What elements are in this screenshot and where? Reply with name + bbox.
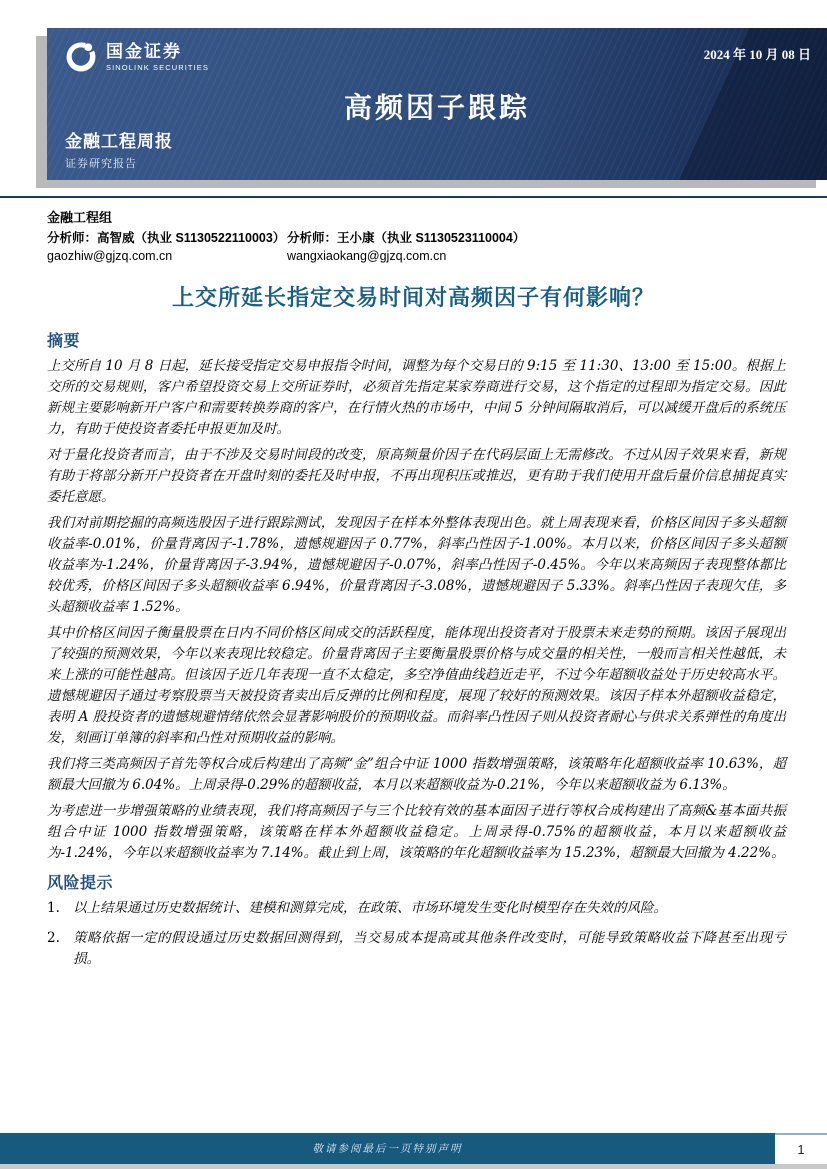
analyst-1: 分析师：高智威（执业 S1130522110003） gaozhiw@gjzq.… xyxy=(47,229,287,265)
abstract-paragraph: 我们将三类高频因子首先等权合成后构建出了高频“金”组合中证 1000 指数增强策… xyxy=(47,754,786,796)
logo-name-cn: 国金证券 xyxy=(106,43,209,60)
sinolink-logo: 国金证券 SINOLINK SECURITIES xyxy=(64,40,209,74)
risk-item-text: 策略依据一定的假设通过历史数据回测得到，当交易成本提高或其他条件改变时，可能导致… xyxy=(73,928,786,970)
sinolink-logo-icon xyxy=(64,40,98,74)
risk-item-number: 2. xyxy=(47,928,73,970)
report-series: 金融工程周报 xyxy=(65,127,173,152)
analyst-2: 分析师：王小康（执业 S1130523110004） wangxiaokang@… xyxy=(287,229,525,265)
risk-item-number: 1. xyxy=(47,898,73,919)
risk-item-text: 以上结果通过历史数据统计、建模和测算完成，在政策、市场环境发生变化时模型存在失效… xyxy=(73,898,667,919)
risk-item: 1. 以上结果通过历史数据统计、建模和测算完成，在政策、市场环境发生变化时模型存… xyxy=(47,898,786,919)
analyst-1-role: 分析师：高智威（执业 S1130522110003） xyxy=(47,229,287,247)
article-title: 上交所延长指定交易时间对高频因子有何影响？ xyxy=(0,281,827,312)
abstract-paragraph: 上交所自 10 月 8 日起，延长接受指定交易申报指令时间，调整为每个交易日的 … xyxy=(47,356,786,440)
abstract-heading: 摘要 xyxy=(47,328,786,351)
report-title: 高频因子跟踪 xyxy=(47,86,827,126)
logo-name-en: SINOLINK SECURITIES xyxy=(106,64,209,72)
risk-item: 2. 策略依据一定的假设通过历史数据回测得到，当交易成本提高或其他条件改变时，可… xyxy=(47,928,786,970)
page-number: 1 xyxy=(797,1142,804,1157)
analyst-group-label: 金融工程组 xyxy=(47,207,786,226)
article-body: 摘要 上交所自 10 月 8 日起，延长接受指定交易申报指令时间，调整为每个交易… xyxy=(47,328,786,979)
abstract-paragraph: 对于量化投资者而言，由于不涉及交易时间段的改变，原高频量价因子在代码层面上无需修… xyxy=(47,445,786,508)
report-type: 证券研究报告 xyxy=(65,155,137,171)
abstract-paragraph: 其中价格区间因子衡量股票在日内不同价格区间成交的活跃程度，能体现出投资者对于股票… xyxy=(47,623,786,749)
analyst-block: 金融工程组 分析师：高智威（执业 S1130522110003） gaozhiw… xyxy=(47,207,786,265)
header-divider xyxy=(0,196,827,198)
analyst-2-role: 分析师：王小康（执业 S1130523110004） xyxy=(287,229,525,247)
footer-disclaimer-text: 敬请参阅最后一页特别声明 xyxy=(313,1141,463,1156)
report-date: 2024 年 10 月 08 日 xyxy=(704,44,811,63)
analyst-1-email: gaozhiw@gjzq.com.cn xyxy=(47,247,287,265)
report-banner: 国金证券 SINOLINK SECURITIES 2024 年 10 月 08 … xyxy=(47,28,827,180)
footer-disclaimer-bar: 敬请参阅最后一页特别声明 xyxy=(0,1133,775,1164)
abstract-paragraph: 我们对前期挖掘的高频选股因子进行跟踪测试，发现因子在样本外整体表现出色。就上周表… xyxy=(47,513,786,618)
analyst-2-email: wangxiaokang@gjzq.com.cn xyxy=(287,247,525,265)
abstract-paragraph: 为考虑进一步增强策略的业绩表现，我们将高频因子与三个比较有效的基本面因子进行等权… xyxy=(47,801,786,864)
risk-list: 1. 以上结果通过历史数据统计、建模和测算完成，在政策、市场环境发生变化时模型存… xyxy=(47,898,786,970)
page-number-box: 1 xyxy=(775,1133,827,1164)
footer-bottom-strip xyxy=(0,1164,827,1169)
page-footer: 敬请参阅最后一页特别声明 1 xyxy=(0,1133,827,1169)
risk-heading: 风险提示 xyxy=(47,870,786,893)
